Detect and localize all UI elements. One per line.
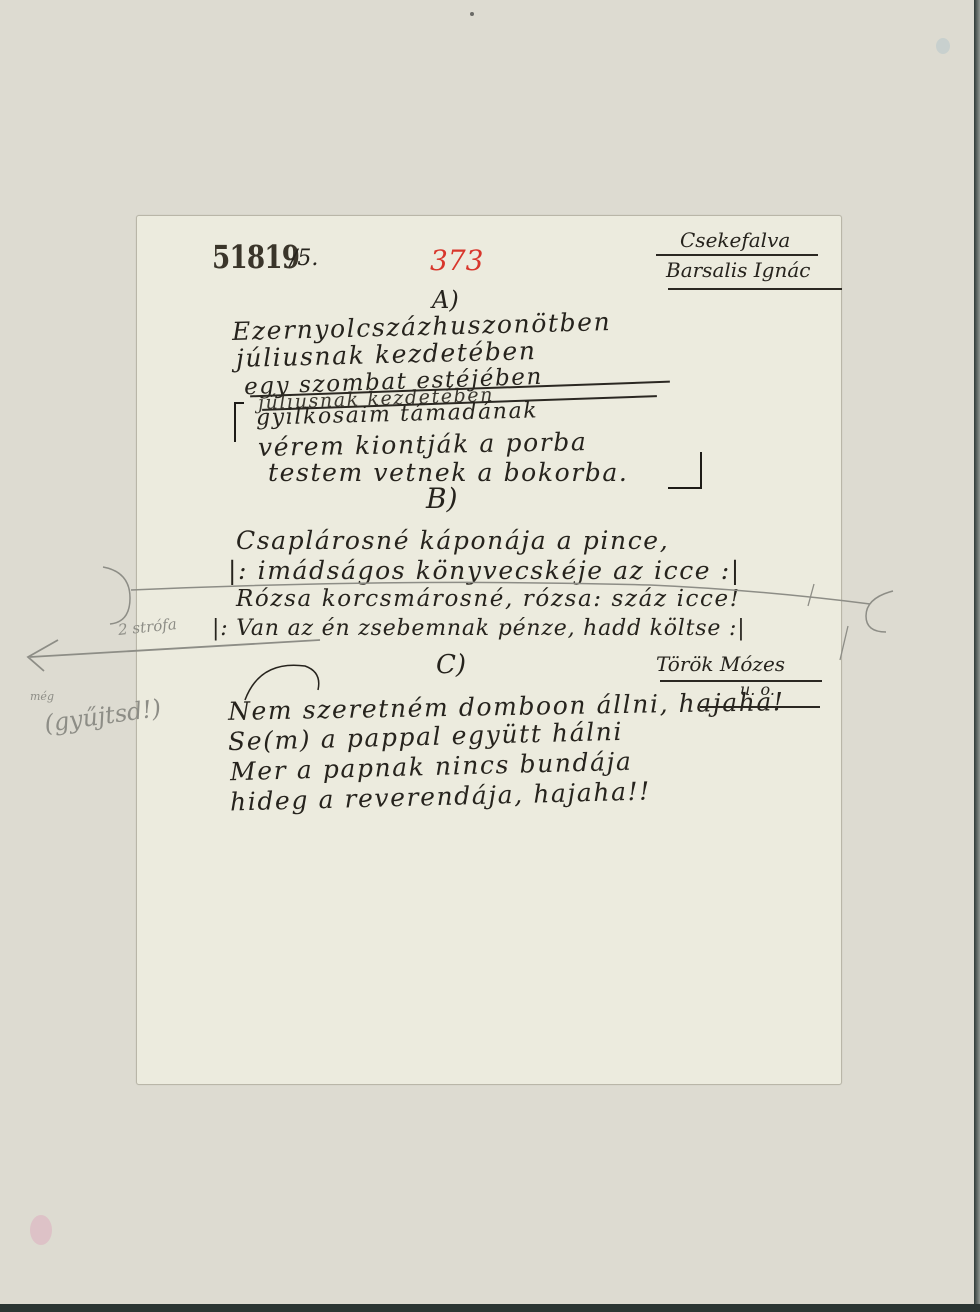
- pencil-marks: [0, 0, 980, 1312]
